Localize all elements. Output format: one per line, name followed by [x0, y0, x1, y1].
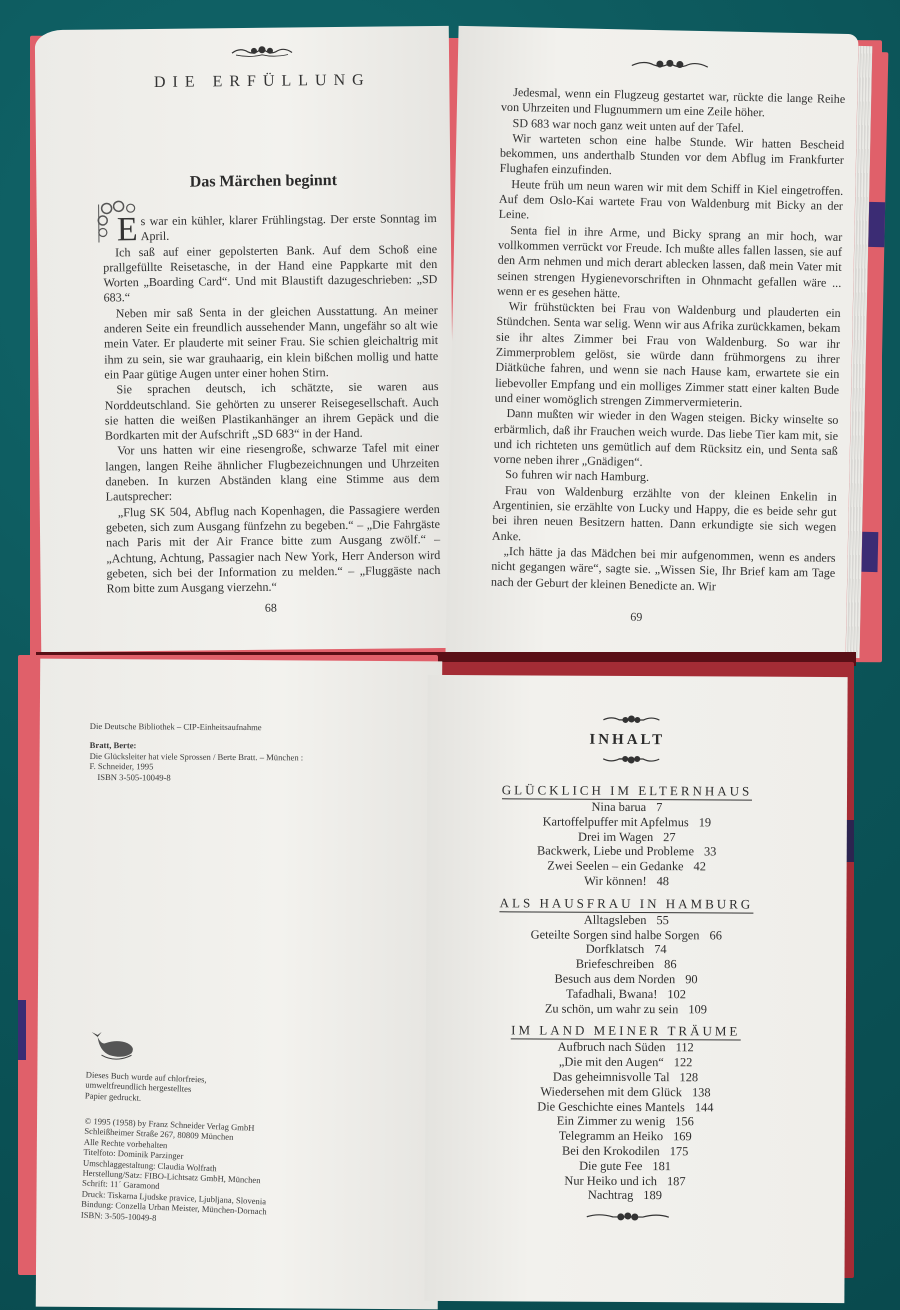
- toc-section: IM LAND MEINER TRÄUME Aufbruch nach Süde…: [424, 1021, 845, 1204]
- floral-ornament-icon: [630, 57, 710, 73]
- cip-header: Die Deutsche Bibliothek – CIP-Einheitsau…: [90, 721, 430, 734]
- toc-entry-page: 156: [675, 1115, 694, 1129]
- toc-entry-title: Kartoffelpuffer mit Apfelmus: [543, 814, 689, 829]
- paragraph: „Ich hätte ja das Mädchen bei mir aufgen…: [491, 544, 836, 597]
- toc-entry-page: 66: [709, 928, 721, 942]
- cover-stripe: [18, 1000, 26, 1060]
- toc-entry-title: Dorfklatsch: [586, 942, 645, 956]
- toc-entry-page: 86: [664, 957, 676, 971]
- paragraph: „Flug SK 504, Abflug nach Kopenhagen, di…: [106, 502, 441, 597]
- copyright-block: © 1995 (1958) by Franz Schneider Verlag …: [81, 1116, 385, 1233]
- toc-entry-page: 138: [692, 1085, 711, 1099]
- chapter-title: DIE ERFÜLLUNG: [75, 71, 449, 93]
- toc-entry-title: Das geheimnisvolle Tal: [553, 1070, 670, 1085]
- toc-entry-page: 144: [695, 1100, 714, 1114]
- toc-entry-page: 169: [673, 1129, 692, 1143]
- page-69: Jedesmal, wenn ein Flugzeug gestartet wa…: [445, 26, 858, 662]
- paragraph: Vor uns hatten wir eine riesengroße, sch…: [105, 440, 440, 505]
- toc-entry-title: Telegramm an Heiko: [559, 1129, 663, 1144]
- floral-ornament-icon: [601, 714, 661, 726]
- toc-entry-title: Briefeschreiben: [576, 957, 655, 971]
- toc-entry-title: Tafadhali, Bwana!: [566, 986, 657, 1000]
- contents-page: INHALT GLÜCKLICH IM ELTERNHAUS Nina baru…: [424, 675, 847, 1303]
- page-number: 68: [241, 600, 301, 616]
- toc-entry-page: 112: [676, 1041, 694, 1055]
- toc-entry-title: Aufbruch nach Süden: [558, 1040, 666, 1055]
- page-68: DIE ERFÜLLUNG Das Märchen beginnt Es war…: [35, 26, 455, 652]
- toc-section-heading: ALS HAUSFRAU IN HAMBURG: [500, 895, 754, 913]
- toc-entry-page: 102: [667, 987, 686, 1001]
- paragraph: Wir warteten schon eine halbe Stunde. Wi…: [499, 131, 844, 184]
- toc-entry-title: Wiedersehen mit dem Glück: [540, 1084, 682, 1099]
- contents-title: INHALT: [424, 731, 847, 750]
- toc-entry[interactable]: Nachtrag189: [424, 1187, 845, 1204]
- toc-entry-page: 48: [657, 874, 669, 888]
- toc-entry-page: 181: [652, 1159, 671, 1173]
- paragraph: Sie sprachen deutsch, ich schätzte, sie …: [104, 379, 439, 444]
- toc-entry-page: 122: [674, 1055, 693, 1069]
- whale-icon: [87, 1029, 137, 1063]
- cip-block: Die Deutsche Bibliothek – CIP-Einheitsau…: [89, 721, 429, 784]
- floral-ornament-icon: [230, 44, 294, 59]
- toc-entry-page: 109: [688, 1002, 707, 1016]
- toc-entry-title: Nur Heiko und ich: [564, 1173, 657, 1187]
- toc-entry-title: Die Geschichte eines Mantels: [537, 1099, 685, 1114]
- floral-ornament-icon: [601, 753, 661, 765]
- story-title: Das Märchen beginnt: [76, 171, 450, 193]
- toc-entry-page: 128: [680, 1070, 699, 1084]
- toc-entry-title: Besuch aus dem Norden: [554, 972, 675, 987]
- toc-entry-page: 187: [667, 1174, 686, 1188]
- toc-entry-page: 7: [656, 800, 662, 814]
- toc-section-heading: GLÜCKLICH IM ELTERNHAUS: [502, 782, 753, 800]
- toc-entry-page: 33: [704, 845, 716, 859]
- toc-entry-title: Die gute Fee: [579, 1158, 642, 1172]
- floral-ornament-icon: [585, 1211, 671, 1223]
- imprint-page: Die Deutsche Bibliothek – CIP-Einheitsau…: [36, 659, 443, 1310]
- page-body-text: Es war ein kühler, klarer Frühlingstag. …: [103, 211, 441, 597]
- toc-entry-title: Drei im Wagen: [578, 829, 653, 843]
- toc-entry[interactable]: Zu schön, um wahr zu sein109: [424, 1000, 846, 1017]
- toc-entry-title: Zu schön, um wahr zu sein: [545, 1001, 679, 1016]
- page-body-text: Jedesmal, wenn ein Flugzeug gestartet wa…: [491, 85, 845, 597]
- toc-entry-page: 55: [656, 913, 668, 927]
- dropcap-letter: E: [117, 216, 138, 244]
- paragraph-text: s war ein kühler, klarer Frühlingstag. D…: [140, 211, 436, 243]
- paragraph: Wir frühstückten bei Frau von Waldenburg…: [495, 299, 841, 413]
- toc-entry-title: „Die mit den Augen“: [559, 1055, 664, 1070]
- toc-section-heading: IM LAND MEINER TRÄUME: [511, 1023, 740, 1041]
- paragraph: Neben mir saß Senta in der gleichen Auss…: [104, 303, 439, 383]
- paragraph: Ich saß auf einer gepolsterten Bank. Auf…: [103, 242, 438, 307]
- toc-entry-title: Geteilte Sorgen sind halbe Sorgen: [531, 927, 700, 942]
- eco-note: Dieses Buch wurde auf chlorfreies, umwel…: [85, 1069, 286, 1109]
- paragraph: Frau von Waldenburg erzählte von der kle…: [492, 482, 837, 550]
- toc-section: GLÜCKLICH IM ELTERNHAUS Nina barua7 Kart…: [424, 781, 847, 890]
- toc-section: ALS HAUSFRAU IN HAMBURG Alltagsleben55 G…: [424, 894, 846, 1018]
- toc-entry-page: 175: [670, 1144, 689, 1158]
- cover-stripe: [861, 532, 878, 572]
- toc-entry-title: Nina barua: [591, 800, 646, 814]
- paragraph: Es war ein kühler, klarer Frühlingstag. …: [103, 211, 437, 245]
- toc-entry-title: Backwerk, Liebe und Probleme: [537, 844, 694, 859]
- toc-entry-title: Alltagsleben: [584, 913, 647, 927]
- toc-entry-page: 74: [654, 942, 666, 956]
- toc-entry-page: 189: [643, 1188, 662, 1202]
- paragraph: Senta fiel in ihre Arme, und Bicky spran…: [497, 222, 843, 306]
- cover-stripe: [868, 202, 885, 247]
- paragraph: Heute früh um neun waren wir mit dem Sch…: [499, 177, 844, 230]
- cip-line: ISBN 3-505-10049-8: [89, 772, 429, 785]
- toc-entry-page: 19: [699, 815, 711, 829]
- toc-entry-page: 42: [694, 859, 706, 873]
- toc-entry-page: 90: [685, 972, 697, 986]
- toc-entry-title: Ein Zimmer zu wenig: [557, 1114, 665, 1129]
- toc-entry-page: 27: [663, 830, 675, 844]
- toc-entry-title: Nachtrag: [588, 1188, 633, 1202]
- toc-entry[interactable]: Wir können!48: [424, 873, 846, 890]
- paragraph: Dann mußten wir wieder in den Wagen stei…: [493, 406, 838, 474]
- toc-entry-title: Wir können!: [584, 874, 647, 888]
- toc-entry-title: Bei den Krokodilen: [562, 1144, 660, 1159]
- page-number: 69: [606, 609, 666, 625]
- toc-entry-title: Zwei Seelen – ein Gedanke: [547, 859, 683, 874]
